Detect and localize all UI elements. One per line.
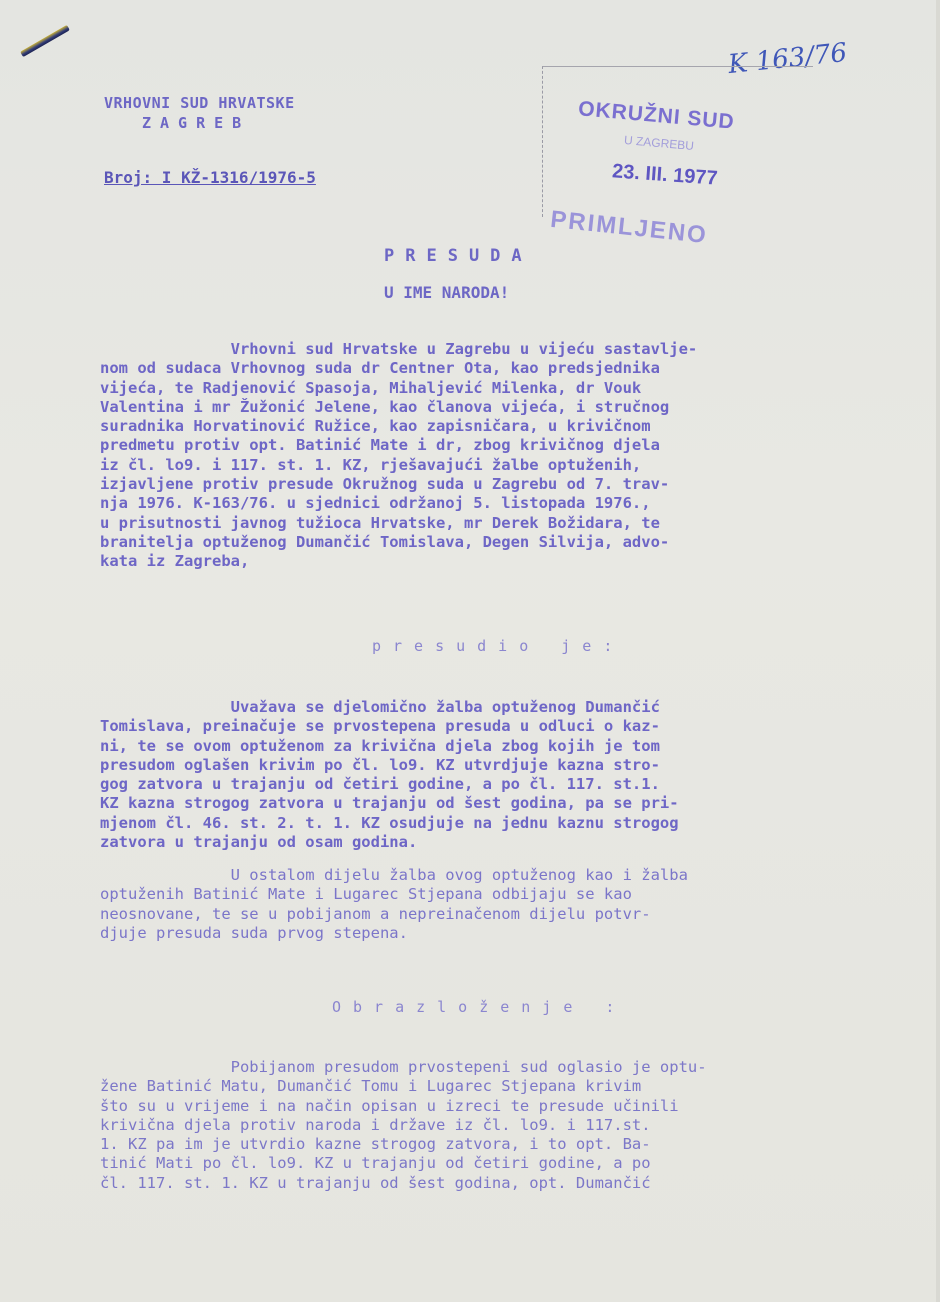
reasoning-heading: Obrazloženje :	[332, 998, 626, 1016]
court-city: ZAGREB	[142, 114, 295, 132]
ruling-paragraph-1: Uvažava se djelomično žalba optuženog Du…	[100, 698, 842, 852]
document-page: VRHOVNI SUD HRVATSKE ZAGREB Broj: I KŽ-1…	[0, 0, 940, 1302]
ruling-paragraph-2: U ostalom dijelu žalba ovog optuženog ka…	[100, 866, 842, 943]
reasoning-paragraph: Pobijanom presudom prvostepeni sud oglas…	[100, 1058, 842, 1193]
document-title: PRESUDA	[384, 246, 533, 266]
ruling-heading: presudio je:	[372, 637, 624, 655]
case-number: Broj: I KŽ-1316/1976-5	[104, 168, 316, 187]
court-name: VRHOVNI SUD HRVATSKE	[104, 94, 295, 112]
document-subtitle: U IME NARODA!	[384, 283, 509, 302]
intro-paragraph: Vrhovni sud Hrvatske u Zagrebu u vijeću …	[100, 340, 842, 572]
staple-mark	[20, 25, 70, 57]
page-edge	[936, 0, 940, 1302]
court-header: VRHOVNI SUD HRVATSKE ZAGREB	[104, 94, 295, 132]
